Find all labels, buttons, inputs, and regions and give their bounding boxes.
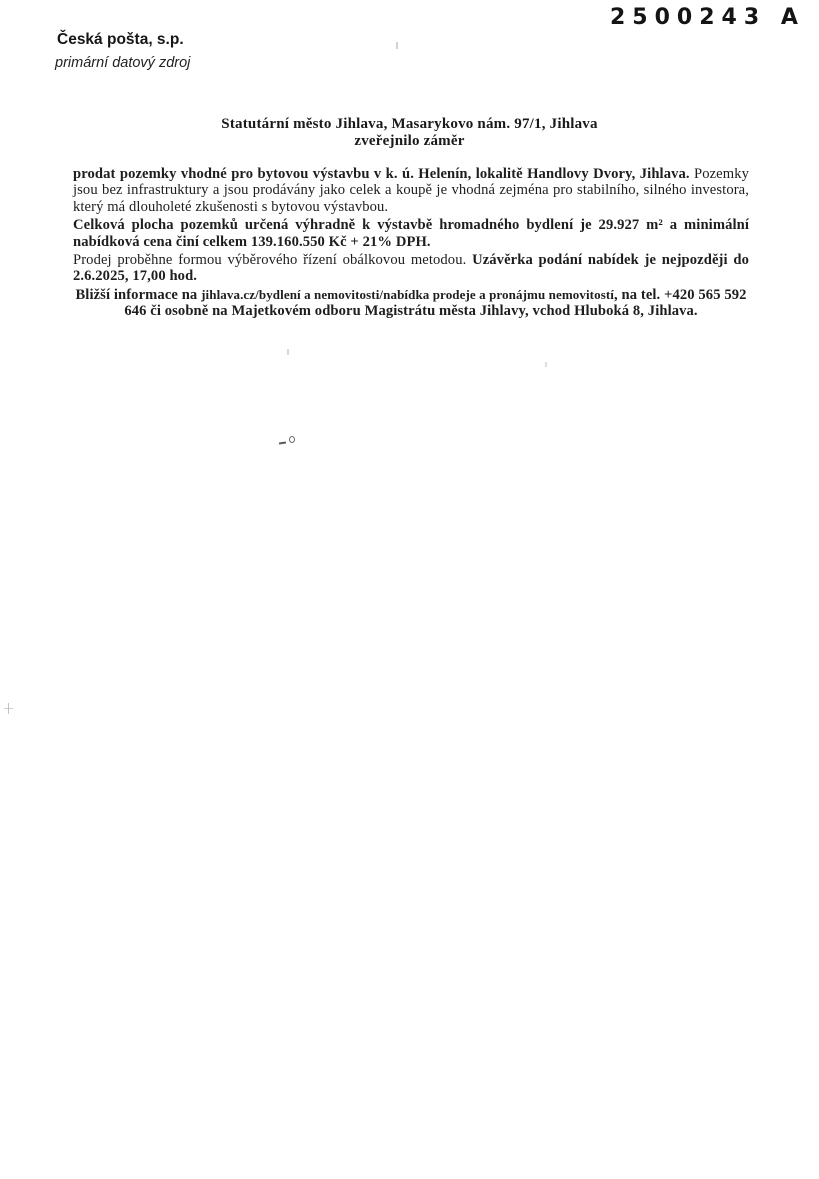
document-body: prodat pozemky vhodné pro bytovou výstav… <box>73 166 749 322</box>
title-line-2: zveřejnilo záměr <box>0 133 819 150</box>
paragraph-offer: prodat pozemky vhodné pro bytovou výstav… <box>73 166 749 215</box>
scanned-document-page: 2500243 A Česká pošta, s.p. primární dat… <box>0 0 819 1179</box>
paragraph-offer-bold-text: prodat pozemky vhodné pro bytovou výstav… <box>73 166 690 182</box>
document-title: Statutární město Jihlava, Masarykovo nám… <box>0 116 819 150</box>
paragraph-contact-lead-text: Bližší informace na <box>75 287 201 303</box>
paragraph-deadline-regular-text: Prodej proběhne formou výběrového řízení… <box>73 252 472 268</box>
title-line-1: Statutární město Jihlava, Masarykovo nám… <box>0 116 819 133</box>
paragraph-area-price-text: Celková plocha pozemků určená výhradně k… <box>73 217 749 249</box>
scan-artifact <box>4 708 13 709</box>
paragraph-area-price: Celková plocha pozemků určená výhradně k… <box>73 217 749 250</box>
scan-artifact <box>289 436 295 443</box>
paragraph-deadline: Prodej proběhne formou výběrového řízení… <box>73 252 749 285</box>
stamp-number: 2500243 A <box>610 5 805 30</box>
scan-artifact <box>279 442 286 445</box>
scan-artifact <box>287 349 289 355</box>
org-subtitle: primární datový zdroj <box>55 55 190 71</box>
paragraph-contact: Bližší informace na jihlava.cz/bydlení a… <box>73 287 749 320</box>
paragraph-contact-website-path: jihlava.cz/bydlení a nemovitosti/nabídka… <box>201 287 614 302</box>
scan-artifact <box>545 362 547 367</box>
org-name: Česká pošta, s.p. <box>57 31 184 49</box>
scan-artifact <box>396 42 398 49</box>
